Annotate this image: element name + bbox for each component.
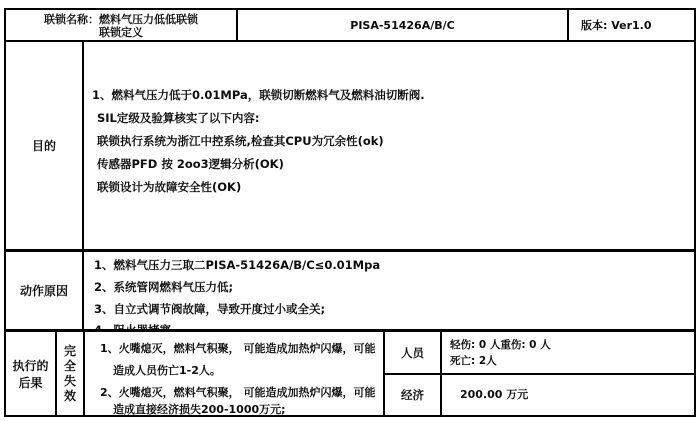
interlock-table: 联锁名称：燃料气压力低低联锁 联锁定义 PISA-51426A/B/C 版本: …: [4, 8, 696, 417]
interlock-definition-document: 联锁名称：燃料气压力低低联锁 联锁定义 PISA-51426A/B/C 版本: …: [0, 0, 700, 421]
purpose-line: 联锁执行系统为浙江中控系统,检查其CPU为冗余性(ok): [97, 130, 686, 153]
purpose-row: 目的 1、燃料气压力低于0.01MPa，联锁切断燃料气及燃料油切断阀. SIL定…: [6, 42, 694, 252]
interlock-name-cell: 联锁名称：燃料气压力低低联锁 联锁定义: [6, 10, 238, 40]
economic-value: 200.00 万元: [442, 375, 694, 415]
reason-line: 2、系统管网燃料气压力低;: [94, 277, 686, 299]
action-reason-content: 1、燃料气压力三取二PISA-51426A/B/C≤0.01Mpa 2、系统管网…: [84, 252, 694, 329]
action-reason-label: 动作原因: [6, 252, 84, 329]
purpose-line: 联锁设计为故障安全性(OK): [97, 176, 686, 199]
purpose-content: 1、燃料气压力低于0.01MPa，联锁切断燃料气及燃料油切断阀. SIL定级及验…: [84, 42, 694, 249]
consequence-row: 执行的后果 完全失效 1、火嘴熄灭，燃料气积聚， 可能造成加热炉闪爆，可能造成人…: [6, 332, 694, 415]
personnel-death-line: 死亡: 2人: [450, 353, 692, 369]
interlock-name-line2: 联锁定义: [6, 26, 236, 39]
purpose-line: SIL定级及验算核实了以下内容:: [97, 107, 686, 130]
economic-label: 经济: [385, 375, 442, 415]
purpose-label: 目的: [6, 42, 84, 249]
purpose-line: 1、燃料气压力低于0.01MPa，联锁切断燃料气及燃料油切断阀.: [92, 84, 686, 107]
consequence-label: 执行的后果: [6, 332, 57, 415]
interlock-name-line1: 联锁名称：燃料气压力低低联锁: [6, 13, 236, 26]
personnel-injury-line: 轻伤: 0 人重伤: 0 人: [450, 337, 692, 353]
impact-section: 人员 轻伤: 0 人重伤: 0 人 死亡: 2人 经济 200.00 万元: [385, 332, 694, 415]
personnel-impact-row: 人员 轻伤: 0 人重伤: 0 人 死亡: 2人: [385, 332, 694, 375]
failure-mode-label-text: 完全失效: [64, 344, 77, 404]
consequence-item: 1、火嘴熄灭，燃料气积聚， 可能造成加热炉闪爆，可能造成人员伤亡1-2人。: [95, 338, 379, 382]
consequence-content: 1、火嘴熄灭，燃料气积聚， 可能造成加热炉闪爆，可能造成人员伤亡1-2人。 2、…: [85, 332, 385, 415]
reason-line: 1、燃料气压力三取二PISA-51426A/B/C≤0.01Mpa: [94, 255, 686, 277]
personnel-values: 轻伤: 0 人重伤: 0 人 死亡: 2人: [442, 332, 694, 373]
header-row: 联锁名称：燃料气压力低低联锁 联锁定义 PISA-51426A/B/C 版本: …: [6, 10, 694, 42]
version-cell: 版本: Ver1.0: [569, 10, 694, 40]
tag-number-cell: PISA-51426A/B/C: [238, 10, 569, 40]
reason-line: 3、自立式调节阀故障，导致开度过小或全关;: [94, 299, 686, 321]
purpose-line: 传感器PFD 按 2oo3逻辑分析(OK): [97, 153, 686, 176]
action-reason-row: 动作原因 1、燃料气压力三取二PISA-51426A/B/C≤0.01Mpa 2…: [6, 252, 694, 332]
economic-impact-row: 经济 200.00 万元: [385, 375, 694, 415]
consequence-item: 2、火嘴熄灭，燃料气积聚， 可能造成加热炉闪爆，可能造成直接经济损失200-10…: [95, 385, 379, 415]
failure-mode-label: 完全失效: [57, 332, 85, 415]
reason-line: 4、阻火器堵塞。: [94, 320, 686, 329]
consequence-label-text: 执行的后果: [11, 357, 51, 391]
personnel-label: 人员: [385, 332, 442, 373]
